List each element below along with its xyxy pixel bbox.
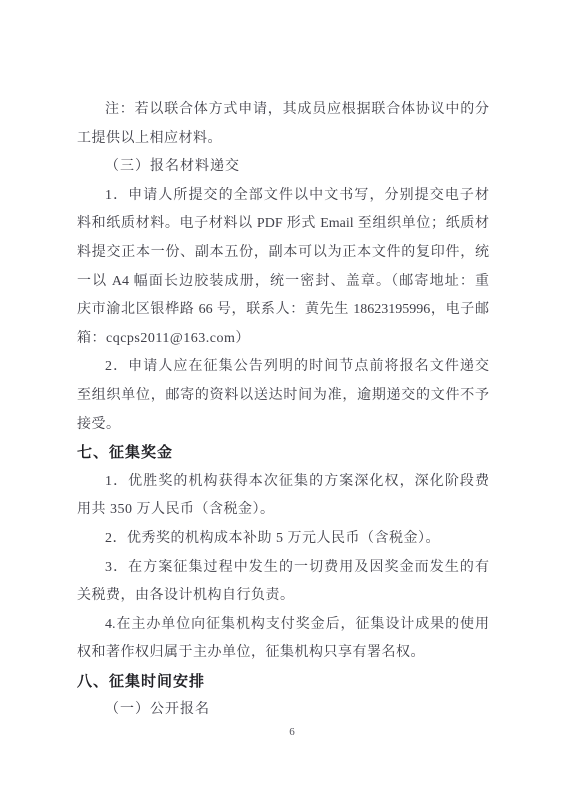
text-block: 注：若以联合体方式申请，其成员应根据联合体协议中的分工提供以上相应材料。（三）报… — [77, 96, 489, 725]
text-line: 料和纸质材料。电子材料以 PDF 形式 Email 至组织单位；纸质材 — [77, 210, 489, 239]
text-line: 箱：cqcps2011@163.com） — [77, 325, 489, 354]
text-line: 庆市渝北区银桦路 66 号，联系人：黄先生 18623195996，电子邮 — [77, 296, 489, 325]
text-line: 4.在主办单位向征集机构支付奖金后，征集设计成果的使用 — [77, 611, 489, 640]
text-line: 工提供以上相应材料。 — [77, 125, 489, 154]
text-line: 1．申请人所提交的全部文件以中文书写，分别提交电子材 — [77, 182, 489, 211]
page-number: 6 — [86, 722, 498, 742]
text-line: 2．优秀奖的机构成本补助 5 万元人民币（含税金）。 — [77, 525, 489, 554]
text-line: 3．在方案征集过程中发生的一切费用及因奖金而发生的有 — [77, 554, 489, 583]
text-line: 料提交正本一份、副本五份，副本可以为正本文件的复印件，统 — [77, 239, 489, 268]
text-line: 2．申请人应在征集公告列明的时间节点前将报名文件递交 — [77, 353, 489, 382]
text-line: 关税费，由各设计机构自行负责。 — [77, 582, 489, 611]
sub-heading: （一）公开报名 — [77, 696, 489, 725]
text-line: 注：若以联合体方式申请，其成员应根据联合体协议中的分 — [77, 96, 489, 125]
sub-heading: （三）报名材料递交 — [77, 153, 489, 182]
text-line: 接受。 — [77, 411, 489, 440]
text-line: 至组织单位，邮寄的资料以送达时间为准，逾期递交的文件不予 — [77, 382, 489, 411]
text-line: 用共 350 万人民币（含税金）。 — [77, 496, 489, 525]
document-page: 注：若以联合体方式申请，其成员应根据联合体协议中的分工提供以上相应材料。（三）报… — [0, 0, 566, 800]
text-line: 权和著作权归属于主办单位，征集机构只享有署名权。 — [77, 639, 489, 668]
text-line: 一以 A4 幅面长边胶装成册，统一密封、盖章。（邮寄地址：重 — [77, 268, 489, 297]
section-heading: 七、征集奖金 — [77, 439, 489, 468]
section-heading: 八、征集时间安排 — [77, 668, 489, 697]
text-line: 1．优胜奖的机构获得本次征集的方案深化权，深化阶段费 — [77, 468, 489, 497]
